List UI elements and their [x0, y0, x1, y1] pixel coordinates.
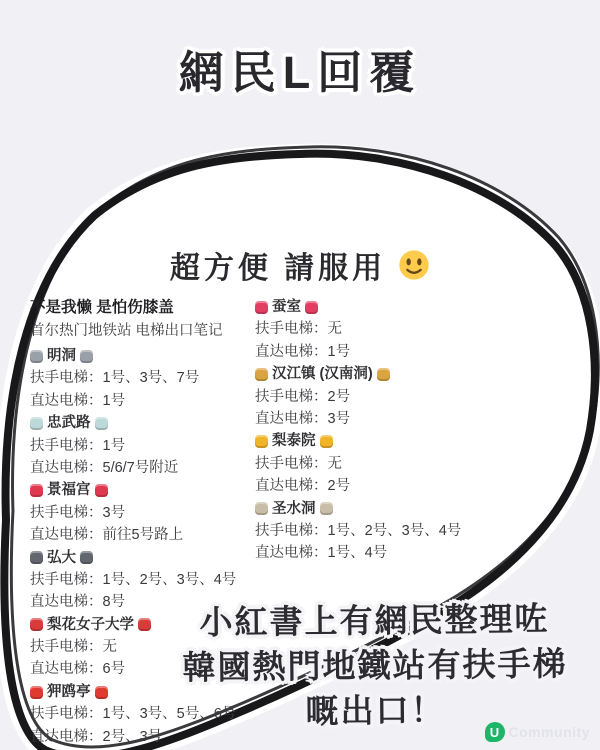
station-name: 明洞 — [47, 345, 76, 367]
escalator-label: 扶手电梯： — [255, 321, 328, 337]
elevator-label: 直达电梯： — [255, 411, 328, 427]
station-entry: 明洞 扶手电梯：1号、3号、7号 直达电梯：1号 — [30, 345, 252, 412]
red-check-icon — [95, 484, 108, 497]
escalator-exits: 1号、2号、3号、4号 — [103, 572, 237, 588]
escalator-line: 扶手电梯：无 — [255, 453, 495, 475]
station-entry: 忠武路 扶手电梯：1号 直达电梯：5/6/7号附近 — [30, 412, 252, 479]
escalator-exits: 2号 — [328, 389, 351, 405]
koala-icon — [95, 417, 108, 430]
post-image: 網民L回覆 超方便 請服用 不是我懒 是怕伤膝盖 首尔热门地铁站 电梯出口笔记 … — [0, 0, 600, 750]
escalator-label: 扶手电梯： — [30, 505, 103, 521]
station-name-row: 蚕室 — [255, 296, 495, 318]
escalator-exits: 1号 — [103, 438, 126, 454]
elevator-line: 直达电梯：1号、4号 — [255, 542, 495, 564]
elevator-label: 直达电梯： — [30, 393, 103, 409]
station-name: 蚕室 — [272, 296, 301, 318]
koala-icon — [30, 417, 43, 430]
escalator-line: 扶手电梯：无 — [255, 318, 495, 340]
station-column-right: 蚕室 扶手电梯：无 直达电梯：1号 汉江镇 (汉南洞) 扶手电梯：2号 直达电梯… — [255, 296, 495, 565]
elevator-label: 直达电梯： — [255, 545, 328, 561]
note-text: 不是我懒 是怕伤膝盖 — [30, 296, 252, 320]
bubble-headline-text: 超方便 請服用 — [170, 243, 386, 287]
station-name: 弘大 — [47, 547, 76, 569]
escalator-line: 扶手电梯：1号 — [30, 435, 252, 457]
printer-icon — [80, 350, 93, 363]
station-entry: 圣水洞 扶手电梯：1号、2号、3号、4号 直达电梯：1号、4号 — [255, 498, 495, 565]
caption-line: 韓國熱門地鐵站有扶手梯 — [150, 641, 600, 691]
bubble-headline: 超方便 請服用 — [0, 243, 600, 287]
elevator-exits: 1号、4号 — [328, 545, 388, 561]
station-name-row: 汉江镇 (汉南洞) — [255, 363, 495, 385]
bottom-caption: 小紅書上有網民整理咗 韓國熱門地鐵站有扶手梯 嘅出口！ — [149, 596, 600, 736]
escalator-line: 扶手电梯：1号、3号、7号 — [30, 367, 252, 389]
microphone-icon — [80, 551, 93, 564]
community-logo: U Community — [485, 722, 591, 742]
escalator-label: 扶手电梯： — [255, 389, 328, 405]
station-name-row: 忠武路 — [30, 412, 252, 434]
escalator-line: 扶手电梯：1号、2号、3号、4号 — [255, 520, 495, 542]
elevator-label: 直达电梯： — [30, 594, 103, 610]
station-name: 梨泰院 — [272, 430, 316, 452]
elevator-exits: 1号 — [103, 393, 126, 409]
elevator-label: 直达电梯： — [30, 460, 103, 476]
shopping-cart-icon — [95, 686, 108, 699]
elevator-line: 直达电梯：1号 — [30, 390, 252, 412]
smiley-icon — [398, 249, 430, 281]
elevator-label: 直达电梯： — [255, 344, 328, 360]
elevator-label: 直达电梯： — [30, 729, 103, 745]
escalator-label: 扶手电梯： — [255, 523, 328, 539]
elevator-label: 直达电梯： — [255, 478, 328, 494]
escalator-label: 扶手电梯： — [30, 572, 103, 588]
station-name: 梨花女子大学 — [47, 614, 134, 636]
logo-badge-icon: U — [485, 722, 505, 742]
logo-text: Community — [509, 724, 591, 740]
elevator-line: 直达电梯：5/6/7号附近 — [30, 457, 252, 479]
escalator-exits: 3号 — [103, 505, 126, 521]
escalator-exits: 无 — [328, 456, 343, 472]
microphone-icon — [30, 551, 43, 564]
station-name: 忠武路 — [47, 412, 91, 434]
escalator-label: 扶手电梯： — [30, 370, 103, 386]
escalator-line: 扶手电梯：1号、2号、3号、4号 — [30, 569, 252, 591]
elevator-line: 直达电梯：前往5号路上 — [30, 524, 252, 546]
escalator-label: 扶手电梯： — [255, 456, 328, 472]
printer-icon — [30, 350, 43, 363]
station-entry: 景福宫 扶手电梯：3号 直达电梯：前往5号路上 — [30, 479, 252, 546]
whisky-glass-icon — [255, 368, 268, 381]
elevator-exits: 1号 — [328, 344, 351, 360]
elevator-label: 直达电梯： — [30, 527, 103, 543]
gift-icon — [255, 301, 268, 314]
station-entries-right: 蚕室 扶手电梯：无 直达电梯：1号 汉江镇 (汉南洞) 扶手电梯：2号 直达电梯… — [255, 296, 495, 565]
whisky-glass-icon — [377, 368, 390, 381]
elevator-exits: 6号 — [103, 661, 126, 677]
station-name-row: 弘大 — [30, 547, 252, 569]
list-subtitle: 首尔热门地铁站 电梯出口笔记 — [30, 320, 252, 343]
truck-icon — [255, 502, 268, 515]
beer-icon — [320, 435, 333, 448]
escalator-exits: 无 — [103, 639, 118, 655]
red-check-icon — [30, 484, 43, 497]
elevator-exits: 5/6/7号附近 — [103, 460, 179, 476]
red-stamp-icon — [30, 618, 43, 631]
elevator-exits: 前往5号路上 — [103, 527, 184, 543]
station-entry: 梨泰院 扶手电梯：无 直达电梯：2号 — [255, 430, 495, 497]
elevator-exits: 2号 — [328, 478, 351, 494]
station-entry: 汉江镇 (汉南洞) 扶手电梯：2号 直达电梯：3号 — [255, 363, 495, 430]
elevator-line: 直达电梯：3号 — [255, 408, 495, 430]
elevator-exits: 8号 — [103, 594, 126, 610]
station-name: 汉江镇 (汉南洞) — [272, 363, 373, 385]
station-name: 景福宫 — [47, 479, 91, 501]
escalator-exits: 无 — [328, 321, 343, 337]
station-name: 圣水洞 — [272, 498, 316, 520]
escalator-exits: 1号、3号、7号 — [103, 370, 200, 386]
station-name-row: 景福宫 — [30, 479, 252, 501]
shopping-cart-icon — [30, 686, 43, 699]
truck-icon — [320, 502, 333, 515]
station-name-row: 梨泰院 — [255, 430, 495, 452]
caption-line: 小紅書上有網民整理咗 — [149, 596, 599, 646]
beer-icon — [255, 435, 268, 448]
escalator-line: 扶手电梯：3号 — [30, 502, 252, 524]
station-entry: 蚕室 扶手电梯：无 直达电梯：1号 — [255, 296, 495, 363]
escalator-label: 扶手电梯： — [30, 706, 103, 722]
escalator-line: 扶手电梯：2号 — [255, 386, 495, 408]
elevator-line: 直达电梯：1号 — [255, 341, 495, 363]
escalator-exits: 1号、2号、3号、4号 — [328, 523, 462, 539]
escalator-label: 扶手电梯： — [30, 639, 103, 655]
escalator-label: 扶手电梯： — [30, 438, 103, 454]
elevator-exits: 3号 — [328, 411, 351, 427]
station-name-row: 明洞 — [30, 345, 252, 367]
station-name-row: 圣水洞 — [255, 498, 495, 520]
gift-icon — [305, 301, 318, 314]
elevator-label: 直达电梯： — [30, 661, 103, 677]
elevator-line: 直达电梯：2号 — [255, 475, 495, 497]
station-name: 狎鸥亭 — [47, 681, 91, 703]
